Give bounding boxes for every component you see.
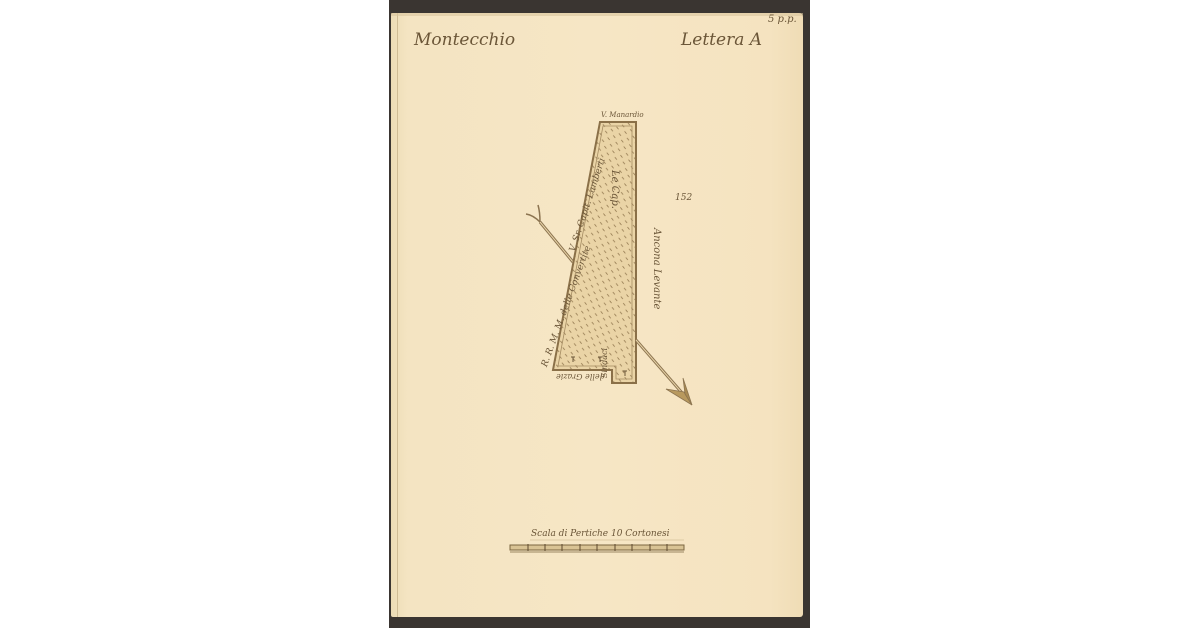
- parcel-label-top: V. Manardio: [601, 111, 644, 119]
- scale-bar: [510, 540, 684, 552]
- parcel-label-bottom-2: Sindaci: [600, 348, 609, 378]
- parcel-label-bottom-1: delle Grazie: [556, 372, 605, 381]
- area-note: 152: [675, 193, 692, 203]
- north-arrow-tail: [526, 205, 573, 262]
- parcel-label-right-2: Ancona Levante: [651, 228, 662, 309]
- scale-bar-label: Scala di Pertiche 10 Cortonesi: [531, 529, 670, 539]
- direction-arrow: [636, 340, 692, 405]
- parcel-label-right-1: Le Cap.: [609, 170, 620, 209]
